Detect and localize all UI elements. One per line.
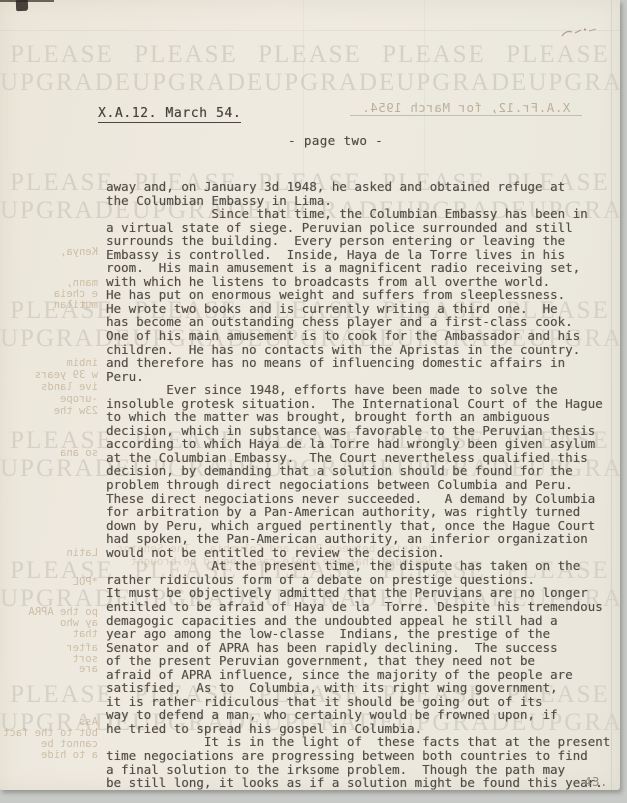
body-line: room. His main amusement is a magnificen…	[106, 261, 620, 275]
bleed-fragment: Ass	[4, 717, 98, 728]
paper-crease	[303, 0, 304, 195]
body-line: for arbitration by a Pan-American author…	[106, 505, 620, 519]
body-line: satisfied, As to Columbia, with its righ…	[106, 681, 620, 695]
watermark-word: PLEASE	[124, 42, 248, 67]
bleed-fragment: 23w the	[4, 406, 98, 417]
watermark-word: PLEASE	[248, 42, 372, 67]
doc-reference: X.A.12. March 54.	[98, 106, 241, 123]
body-line: He wrote two books and is currently writ…	[106, 302, 620, 316]
bleed-fragment: mann,	[4, 278, 98, 289]
body-line: has become an outstanding chess player a…	[106, 315, 620, 329]
body-line: a final solution to the irksome problem.…	[106, 763, 620, 777]
body-line: he tried to spread his gospel in Columbi…	[106, 722, 620, 736]
scan-corner-mark	[16, 0, 28, 11]
body-line: time negociations are progressing betwee…	[106, 749, 620, 763]
body-line: the Columbian Embassy in Lima.	[106, 194, 620, 208]
watermark-word: UPGRADE	[132, 70, 264, 95]
page-number-label: - page two -	[288, 133, 383, 148]
body-line: It must be objectively admitted that the…	[106, 586, 620, 600]
bleed-fragment: e cheia	[4, 289, 98, 300]
bleed-fragment: so ana	[4, 448, 98, 459]
bleed-fragment: Kenya,	[4, 247, 98, 258]
body-line: be still long, it looks as if a solution…	[106, 776, 620, 790]
body-line: according to which Haya de la Torre had …	[106, 437, 620, 451]
body-line: decision, by demanding that a solution s…	[106, 464, 620, 478]
body-line: to which the matter was brought, brought…	[106, 410, 620, 424]
body-line: Senator and of APRA has been rapidly dec…	[106, 641, 620, 655]
bleed-fragment: Latin	[4, 548, 98, 559]
document-page: PLEASEPLEASEPLEASEPLEASEPLEASEUPGRADEUPG…	[0, 0, 620, 790]
body-line: It is in the light of these facts that a…	[106, 735, 620, 749]
bleed-fragment: inbim	[4, 358, 98, 369]
body-line: One of his main amusement is to cook for…	[106, 329, 620, 343]
body-line: way to defend a man, who certainly would…	[106, 708, 620, 722]
scanned-document: PLEASEPLEASEPLEASEPLEASEPLEASEUPGRADEUPG…	[0, 0, 627, 803]
watermark-row: PLEASEPLEASEPLEASEPLEASEPLEASE	[0, 42, 620, 67]
watermark-word: UPGRADE	[396, 70, 528, 95]
bleed-fragment: are	[4, 664, 98, 675]
bleed-fragment: *POL	[4, 577, 98, 588]
body-line: afraid of APRA influence, since the majo…	[106, 668, 620, 682]
bleed-fragment: ive lands	[4, 382, 98, 393]
body-line: had spoken, the Pan-American authority, …	[106, 532, 620, 546]
body-line: and therefore has no means of influencin…	[106, 356, 620, 370]
body-line: away and, on January 3d 1948, he asked a…	[106, 180, 620, 194]
bleed-fragment: ay who	[4, 618, 98, 629]
bleed-fragment: mutilan	[4, 300, 98, 311]
body-line: problem through direct negociations betw…	[106, 478, 620, 492]
body-line: children. He has no contacts with the Ap…	[106, 343, 620, 357]
watermark-word: PLEASE	[0, 42, 124, 67]
body-line: He has put on enormous weight and suffer…	[106, 288, 620, 302]
watermark-word: UPGRADE	[0, 70, 132, 95]
body-line: year ago among the low-classe Indians, t…	[106, 627, 620, 641]
watermark-word: PLEASE	[496, 42, 620, 67]
body-line: rather ridiculous form of a debate on pr…	[106, 573, 620, 587]
body-line: at the Columbian Embassy. The Court neve…	[106, 451, 620, 465]
body-line: insoluble grotesk situation. The Interna…	[106, 397, 620, 411]
body-line: Since that time, the Columbian Embassy h…	[106, 207, 620, 221]
bleed-fragment: sort	[4, 654, 98, 665]
bleed-fragment: po the APRA	[4, 607, 98, 618]
paper-crease	[0, 30, 620, 31]
bleed-header-mirror: X.A.Fr.12, for March 1954.	[350, 100, 582, 116]
body-line: would not be entitled to review the deci…	[106, 546, 620, 560]
body-line: it is rather ridiculous that it should b…	[106, 695, 620, 709]
bleed-fragment: a to hide	[4, 750, 98, 761]
body-line: At the present time, the dispute has tak…	[106, 559, 620, 573]
body-line: of the present Peruvian government, that…	[106, 654, 620, 668]
watermark-word: PLEASE	[372, 42, 496, 67]
bleed-fragment: that	[4, 629, 98, 640]
paper-crease	[424, 0, 425, 190]
bleed-fragment: w 39 years	[4, 370, 98, 381]
body-line: decision, which in substance was favorab…	[106, 424, 620, 438]
body-line: Ever since 1948, efforts have been made …	[106, 383, 620, 397]
body-line: demagogic capacities and the undoubted a…	[106, 614, 620, 628]
body-line: entitled to be afraid of Haya de la Torr…	[106, 600, 620, 614]
body-line: surrounds the building. Every person ent…	[106, 234, 620, 248]
body-line: These direct negociations never succeede…	[106, 492, 620, 506]
bleed-fragment: cannot be	[4, 739, 98, 750]
body-line: Embassy is controlled. Inside, Haya de l…	[106, 248, 620, 262]
body-line: Peru.	[106, 370, 620, 384]
watermark-row: UPGRADEUPGRADEUPGRADEUPGRADEUPGRADE	[0, 70, 620, 95]
watermark-word: UPGRADE	[264, 70, 396, 95]
pencil-scribble	[560, 25, 602, 41]
body-line: down by Peru, which argued pertinently t…	[106, 519, 620, 533]
body-line: with which he listens to broadcasts from…	[106, 275, 620, 289]
body-line: a virtual state of siege. Peruvian polic…	[106, 221, 620, 235]
bleed-fragment: after	[4, 643, 98, 654]
watermark-word: UPGRADE	[528, 70, 620, 95]
bleed-fragment: -urope	[4, 394, 98, 405]
document-body: away and, on January 3d 1948, he asked a…	[106, 180, 620, 790]
handwritten-page-ref: 43.	[584, 774, 608, 789]
bleed-fragment: but to the fact	[4, 728, 98, 739]
